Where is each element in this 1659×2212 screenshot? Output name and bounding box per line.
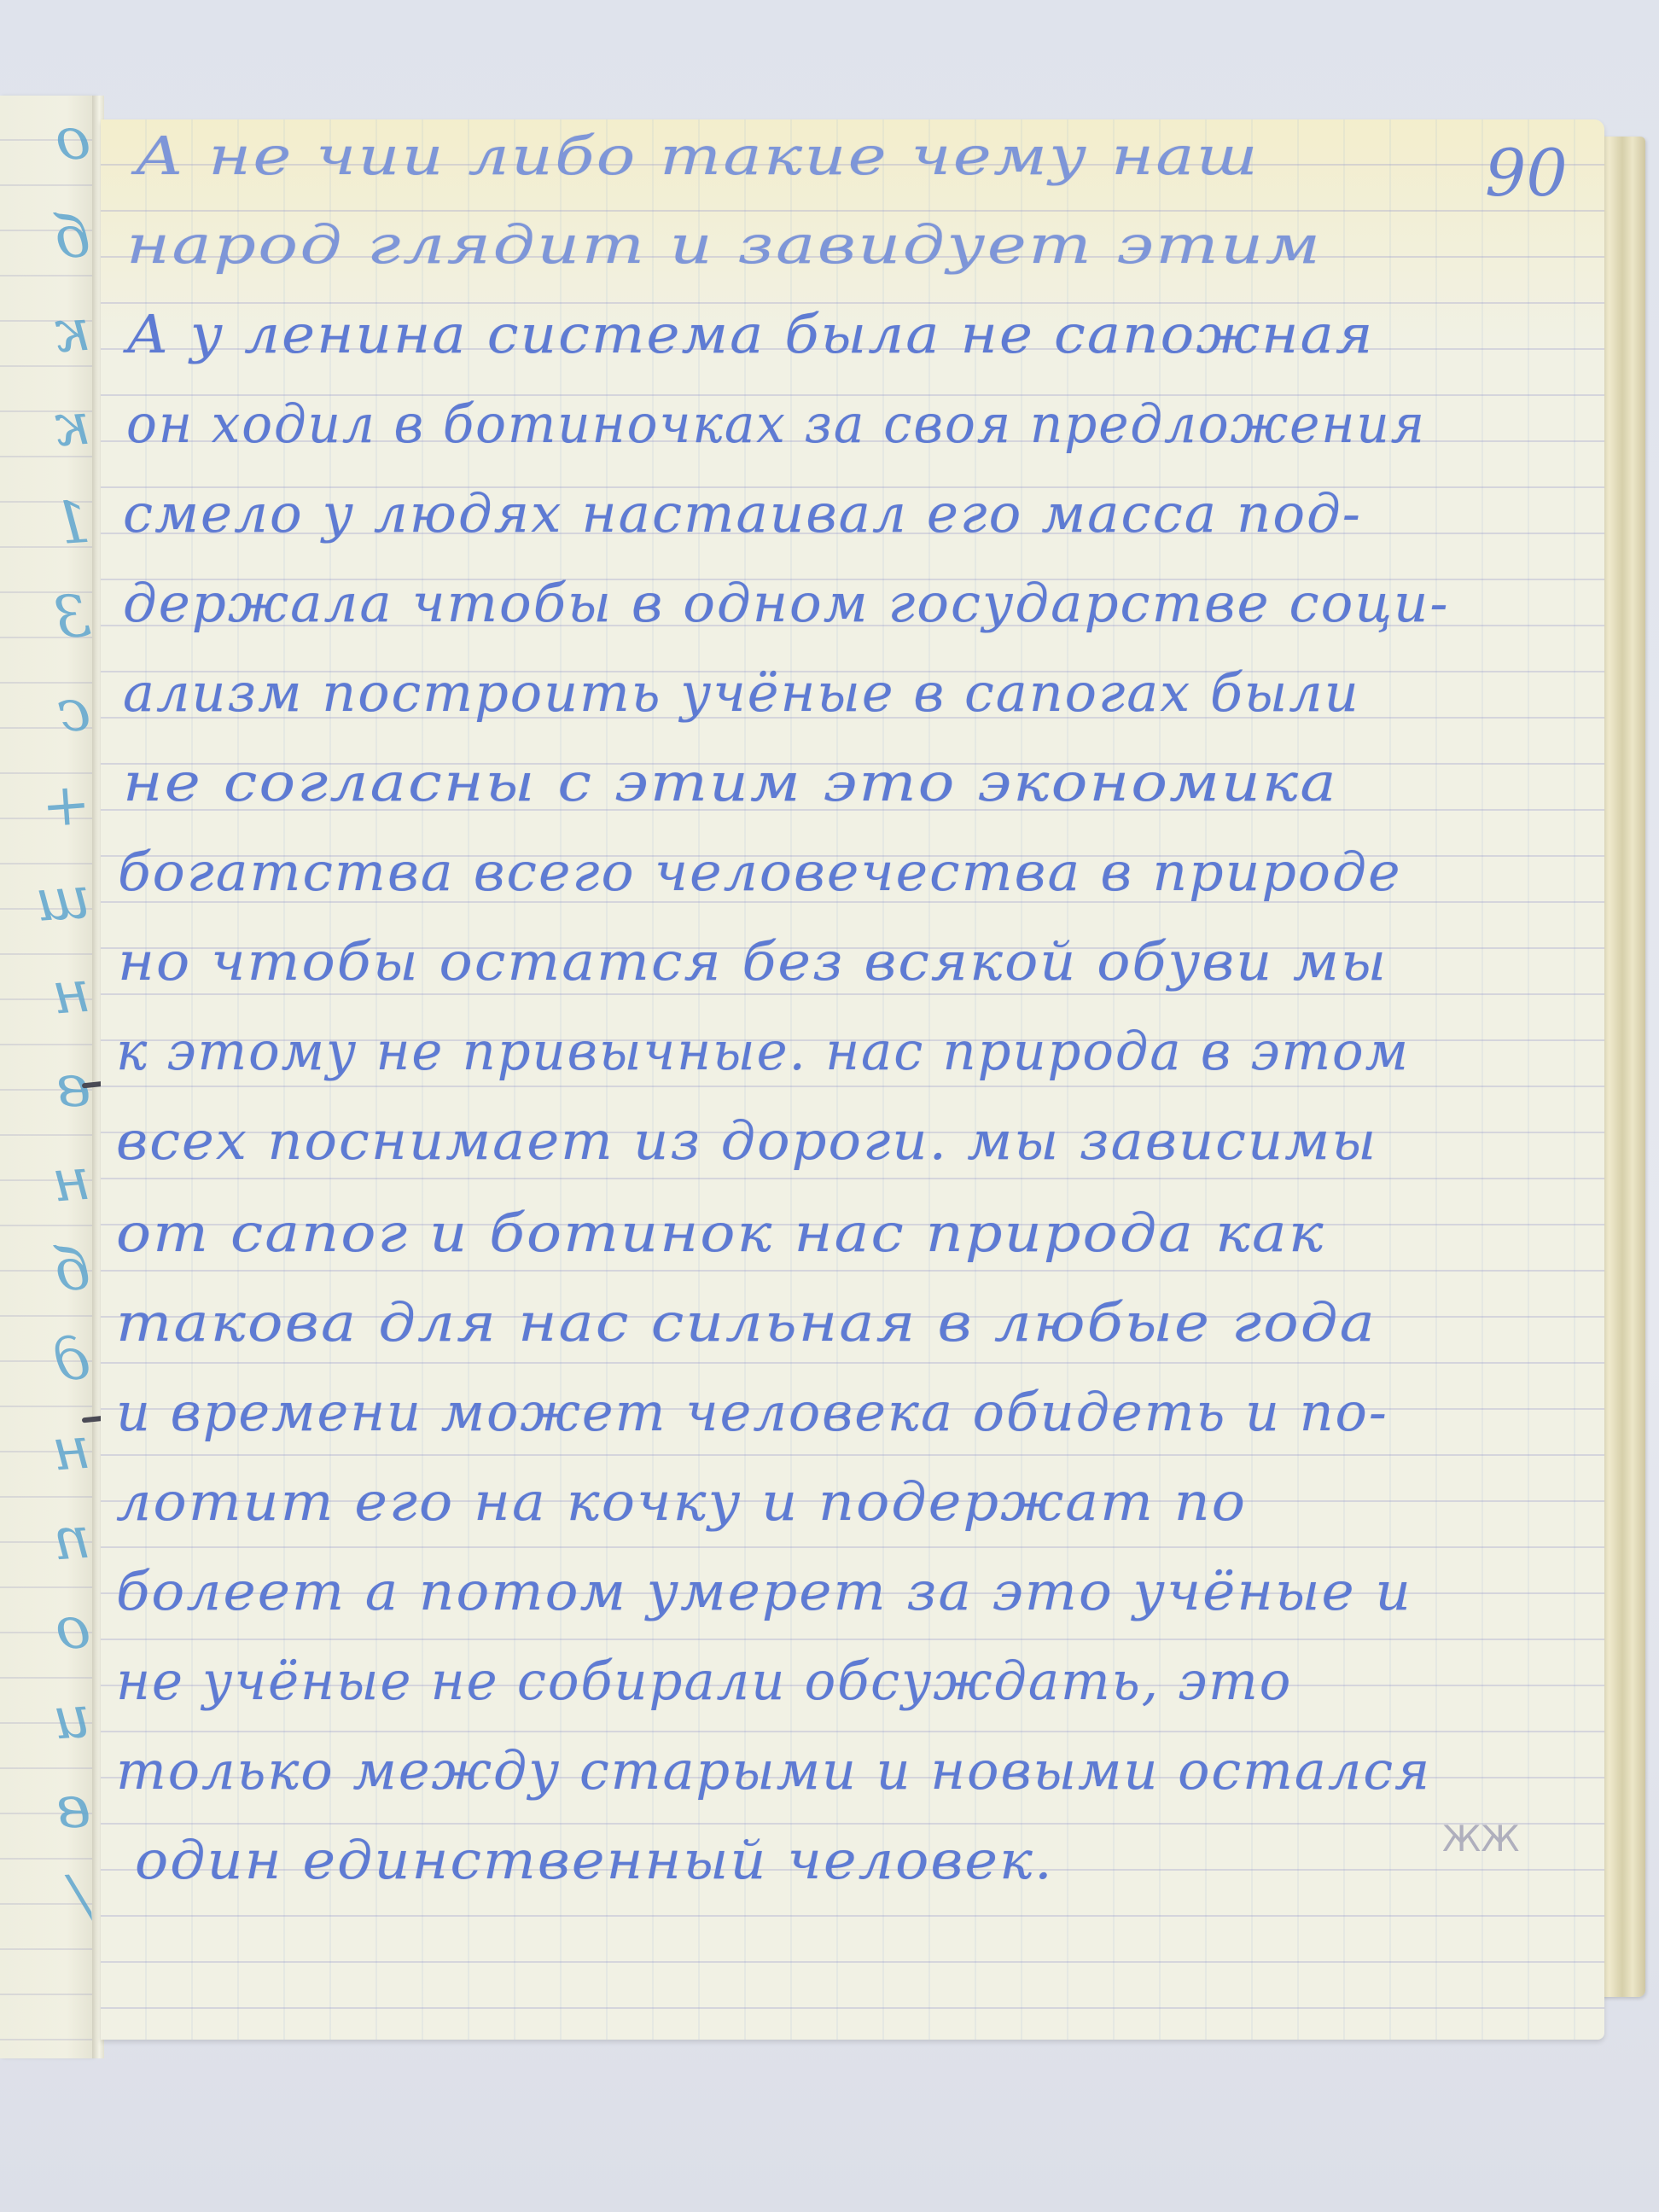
left-margin-glyph: о [3,110,92,174]
text-line: А не чии либо такие чему наш [135,125,1260,187]
notebook-page: 90 А не чии либо такие чему наш народ гл… [101,119,1604,2040]
text-line: держала чтобы в одном государстве соци- [123,572,1450,634]
left-margin-glyph: б [3,1241,92,1305]
text-line: ализм построить учёные в сапогах были [123,661,1360,724]
text-line: не согласны с этим это экономика [123,751,1338,813]
left-margin-glyph: в [3,1778,92,1842]
text-line: не учёные не собирали обсуждать, это [116,1650,1292,1712]
text-line: такова для нас сильная в любые года [116,1291,1377,1353]
left-margin-glyph: п [3,1510,92,1574]
left-margin-glyph: с [3,682,92,746]
adjacent-left-page: о б к к 1 3 с + ш н в н б д н п о и в / [0,96,96,2058]
left-margin-glyph: н [3,963,92,1027]
text-line: богатства всего человечества в природе [118,841,1402,903]
left-margin-glyph: б [3,208,92,272]
left-margin-glyph: ш [3,870,92,934]
left-margin-glyph: н [3,1420,92,1484]
left-margin-glyph: 1 [3,494,92,558]
left-margin-glyph: к [3,302,92,366]
text-line: и времени может человека обидеть и по- [116,1381,1388,1443]
left-margin-glyph: д [3,1330,92,1394]
text-line: народ глядит и завидует этим [126,213,1322,276]
left-margin-glyph: в [3,1057,92,1121]
text-line: он ходил в ботиночках за своя предложени… [126,393,1426,455]
text-line: только между старыми и новыми остался [116,1739,1431,1802]
left-margin-glyph: н [3,1151,92,1215]
text-line: но чтобы остатся без всякой обуви мы [118,930,1388,992]
left-margin-glyph: и [3,1689,92,1753]
text-line: к этому не привычные. нас природа в этом [116,1020,1410,1082]
left-margin-glyph: / [3,1868,92,1932]
text-line: от сапог и ботинок нас природа как [116,1202,1325,1264]
text-line: А у ленина система была не сапожная [126,303,1375,365]
left-margin-glyph: о [3,1599,92,1663]
left-margin-glyph: к [3,396,92,460]
left-margin-glyph: + [3,776,92,840]
left-margin-glyph: 3 [3,588,92,652]
handwritten-text: А не чии либо такие чему наш народ гляди… [101,119,1604,2040]
text-line: лотит его на кочку и подержат по [116,1470,1247,1533]
text-line: всех поснимает из дороги. мы зависимы [116,1109,1377,1172]
text-line: смело у людях настаивал его масса под- [123,482,1362,544]
faint-corner-mark: ЖЖ [1442,1818,1519,1860]
text-line: болеет а потом умерет за это учёные и [116,1560,1412,1622]
text-line: один единственный человек. [135,1829,1054,1891]
